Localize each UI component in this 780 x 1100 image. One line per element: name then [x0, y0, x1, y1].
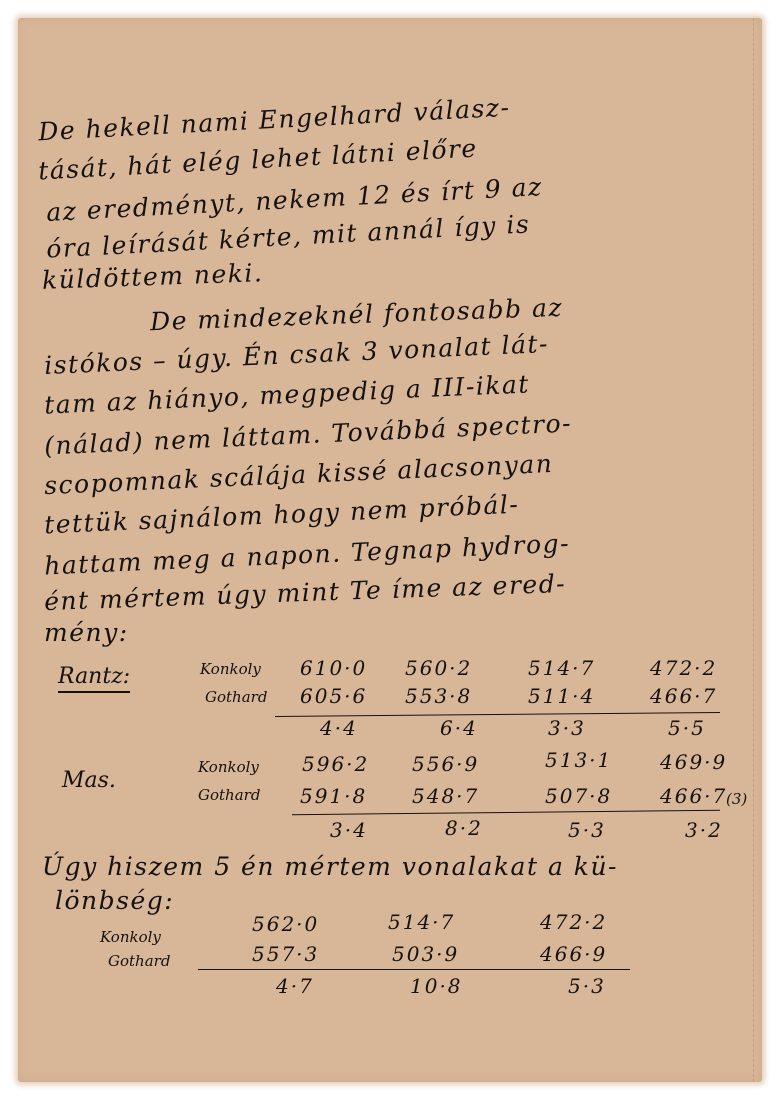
table1-diff: 4·4 [320, 716, 358, 740]
table1-cell: 466·7 [650, 684, 717, 708]
table3-diff: 5·3 [568, 974, 606, 998]
table2-cell: 469·9 [660, 750, 727, 774]
table3-sum-rule [198, 969, 630, 970]
table1-diff: 6·4 [440, 716, 478, 740]
table3-cell: 503·9 [392, 942, 459, 966]
table2-label: Mas. [62, 768, 116, 793]
table2-cell: 507·8 [545, 784, 612, 808]
table1-cell: 553·8 [405, 684, 472, 708]
table1-label: Rantz: [58, 664, 130, 693]
table2-cell: 548·7 [412, 784, 479, 808]
paper-crease [753, 18, 754, 1082]
table1-diff: 3·3 [548, 716, 586, 740]
table1-cell: 472·2 [650, 656, 717, 680]
table2-cell: 596·2 [302, 752, 369, 776]
table3-row-label-2: Gothard [108, 952, 170, 970]
table2-cell: 556·9 [412, 752, 479, 776]
table2-cell: 466·7 [660, 784, 727, 808]
table1-diff: 5·5 [668, 716, 706, 740]
table2-row-label-1: Konkoly [198, 758, 259, 776]
table1-row-label-1: Konkoly [200, 660, 261, 678]
table2-cell: 591·8 [300, 784, 367, 808]
table2-row-label-2: Gothard [198, 786, 260, 804]
table1-cell: 560·2 [405, 656, 472, 680]
table3-cell: 472·2 [540, 910, 607, 934]
table2-diff: 3·4 [330, 818, 368, 842]
table1-row-label-2: Gothard [205, 688, 267, 706]
table2-cell: 513·1 [545, 748, 612, 772]
table3-cell: 562·0 [252, 912, 319, 936]
closing-line-2: lönbség: [55, 886, 174, 915]
table1-cell: 605·6 [300, 684, 367, 708]
closing-line-1: Úgy hiszem 5 én mértem vonalakat a kü- [42, 852, 618, 881]
text-line-14: mény: [44, 618, 129, 647]
table3-cell: 557·3 [252, 942, 319, 966]
table2-diff: 3·2 [685, 818, 723, 842]
table3-diff: 10·8 [410, 974, 463, 998]
table2-diff: 5·3 [568, 818, 606, 842]
table2-diff: 8·2 [445, 816, 483, 840]
table3-cell: 514·7 [388, 910, 455, 934]
table1-cell: 514·7 [528, 656, 595, 680]
table1-cell: 511·4 [528, 684, 595, 708]
table3-cell: 466·9 [540, 942, 607, 966]
table1-cell: 610·0 [300, 656, 367, 680]
table2-note: (3) [726, 790, 747, 808]
table3-row-label-1: Konkoly [100, 928, 161, 946]
table3-diff: 4·7 [276, 974, 314, 998]
